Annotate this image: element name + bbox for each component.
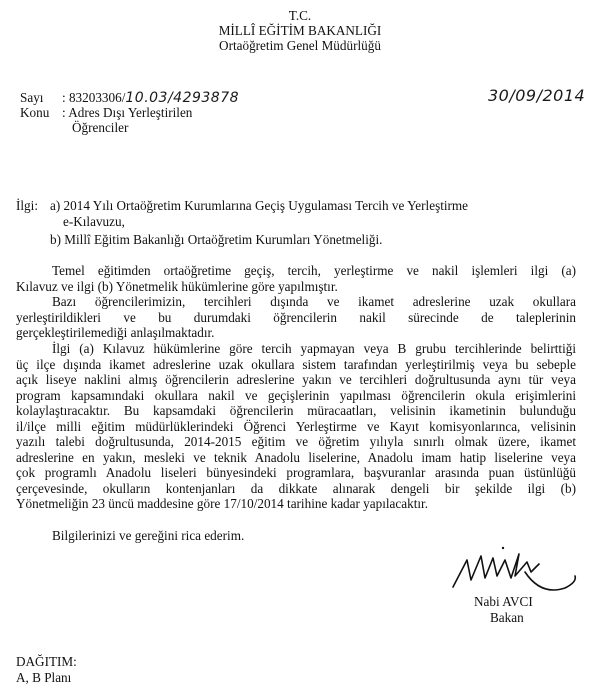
- konu-value-line1: : Adres Dışı Yerleştirilen: [62, 105, 192, 120]
- paragraph-line: yazılı talebi doğrultusunda, 2014-2015 e…: [16, 434, 576, 450]
- paragraph-line: kolaylaştıracaktır. Bu kapsamdaki öğrenc…: [16, 403, 576, 419]
- ilgi-a-line2: e-Kılavuzu,: [63, 214, 125, 229]
- konu-label: Konu: [20, 105, 49, 120]
- paragraph-line: program kapsamındaki okullara nakil ve g…: [16, 388, 576, 404]
- paragraph-line: üç ilçe dışında ikamet adreslerine uzak …: [16, 357, 576, 373]
- header-ministry: MİLLÎ EĞİTİM BAKANLIĞI: [0, 23, 600, 38]
- header-tc: T.C.: [0, 8, 600, 23]
- paragraph-line: Kılavuz ve ilgi (b) Yönetmelik hükümleri…: [16, 279, 576, 295]
- paragraph-2: Bazı öğrencilerimizin, tercihleri dışınd…: [16, 294, 576, 341]
- paragraph-line: çerçevesinde, okulların kontenjanları da…: [16, 481, 576, 497]
- sayi-handwritten: 10.03/4293878: [125, 90, 239, 106]
- paragraph-line: İlgi (a) Kılavuz hükümlerine göre tercih…: [16, 341, 576, 357]
- distribution-value: A, B Planı: [16, 670, 71, 685]
- konu-value-line2: Öğrenciler: [72, 120, 128, 135]
- ilgi-a-line1: a) 2014 Yılı Ortaöğretim Kurumlarına Geç…: [50, 198, 468, 213]
- sayi-label: Sayı: [20, 90, 43, 105]
- paragraph-1: Temel eğitimden ortaöğretime geçiş, terc…: [16, 263, 576, 294]
- date-handwritten: 30/09/2014: [488, 88, 585, 103]
- ilgi-b: b) Millî Eğitim Bakanlığı Ortaöğretim Ku…: [50, 232, 382, 247]
- signatory-name: Nabi AVCI: [474, 594, 533, 609]
- paragraph-line: Bazı öğrencilerimizin, tercihleri dışınd…: [16, 294, 576, 310]
- paragraph-line: Temel eğitimden ortaöğretime geçiş, terc…: [16, 263, 576, 279]
- distribution-label: DAĞITIM:: [16, 654, 77, 669]
- closing-line: Bilgilerinizi ve gereğini rica ederim.: [52, 528, 244, 543]
- sayi-value: : 83203306/10.03/4293878: [62, 90, 239, 106]
- header-directorate: Ortaöğretim Genel Müdürlüğü: [0, 38, 600, 53]
- paragraph-line: açık liseye naklini almış öğrencilerin a…: [16, 372, 576, 388]
- paragraph-3: İlgi (a) Kılavuz hükümlerine göre tercih…: [16, 341, 576, 512]
- paragraph-line: yerleştirildikleri ve bu durumdaki öğren…: [16, 310, 576, 326]
- paragraph-line: Yönetmeliğin 23 üncü maddesine göre 17/1…: [16, 496, 576, 512]
- sayi-printed: : 83203306/: [62, 90, 125, 105]
- paragraph-line: adreslerine en yakın, mesleki ve teknik …: [16, 450, 576, 466]
- signatory-title: Bakan: [490, 610, 524, 625]
- paragraph-line: il/ilçe milli eğitim müdürlüklerindeki Ö…: [16, 419, 576, 435]
- paragraph-line: çok programlı Anadolu liseleri bünyesind…: [16, 465, 576, 481]
- ilgi-label: İlgi:: [16, 198, 38, 213]
- signature-scribble-icon: [445, 542, 595, 602]
- paragraph-line: gerçekleştirilemediği anlaşılmaktadır.: [16, 325, 576, 341]
